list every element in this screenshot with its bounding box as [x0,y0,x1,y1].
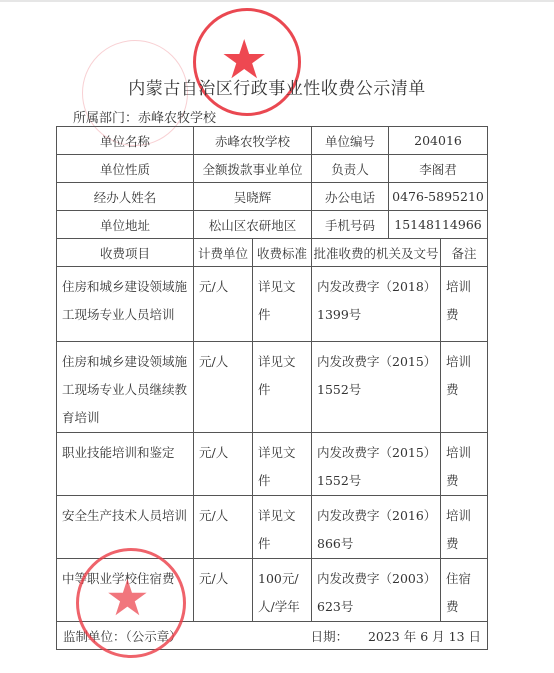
mobile-value: 15148114966 [389,211,488,239]
info-row-handler: 经办人姓名 吴晓辉 办公电话 0476-5895210 [57,183,488,211]
fee-unit: 元/人 [194,267,253,342]
fee-unit: 元/人 [194,559,253,622]
fee-header-row: 收费项目 计费单位 收费标准 批准收费的机关及文号 备注 [57,239,488,267]
fee-standard: 详见文件 [253,342,312,433]
fee-item: 住房和城乡建设领域施工现场专业人员继续教育培训 [57,342,194,433]
fee-remark: 培训费 [441,267,488,342]
fee-approval: 内发改费字（2003）623号 [312,559,441,622]
fee-remark: 培训费 [441,496,488,559]
date-label: 日期： [311,629,349,644]
table-row: 住房和城乡建设领域施工现场专业人员继续教育培训 元/人 详见文件 内发改费字（2… [57,342,488,433]
fee-unit: 元/人 [194,433,253,496]
fee-remark: 住宿费 [441,559,488,622]
fee-approval: 内发改费字（2015）1552号 [312,342,441,433]
fee-table: 单位名称 赤峰农牧学校 单位编号 204016 单位性质 全额拨款事业单位 负责… [56,126,488,650]
unit-code-label: 单位编号 [312,127,389,155]
office-phone-value: 0476-5895210 [389,183,488,211]
handler-value: 吴晓辉 [194,183,312,211]
header-item: 收费项目 [57,239,194,267]
info-row-type: 单位性质 全额拨款事业单位 负责人 李阁君 [57,155,488,183]
office-phone-label: 办公电话 [312,183,389,211]
fee-approval: 内发改费字（2015）1552号 [312,433,441,496]
header-standard: 收费标准 [253,239,312,267]
fee-standard: 详见文件 [253,496,312,559]
fee-unit: 元/人 [194,342,253,433]
fee-remark: 培训费 [441,342,488,433]
unit-name-label: 单位名称 [57,127,194,155]
info-row-address: 单位地址 松山区农研地区 手机号码 15148114966 [57,211,488,239]
address-value: 松山区农研地区 [194,211,312,239]
fee-approval: 内发改费字（2018）1399号 [312,267,441,342]
document-title: 内蒙古自治区行政事业性收费公示清单 [0,74,554,99]
handler-label: 经办人姓名 [57,183,194,211]
date-value: 2023 年 6 月 13 日 [368,629,481,644]
fee-item: 住房和城乡建设领域施工现场专业人员培训 [57,267,194,342]
top-edge [0,0,554,2]
department-label: 所属部门：赤峰农牧学校 [73,107,216,126]
unit-type-value: 全额拨款事业单位 [194,155,312,183]
fee-unit: 元/人 [194,496,253,559]
header-approval: 批准收费的机关及文号 [312,239,441,267]
info-row-name: 单位名称 赤峰农牧学校 单位编号 204016 [57,127,488,155]
fee-item: 职业技能培训和鉴定 [57,433,194,496]
fee-standard: 100元/人/学年 [253,559,312,622]
table-row: 住房和城乡建设领域施工现场专业人员培训 元/人 详见文件 内发改费字（2018）… [57,267,488,342]
footer-row: 监制单位：（公示章） 日期： 2023 年 6 月 13 日 [57,622,488,650]
unit-name-value: 赤峰农牧学校 [194,127,312,155]
fee-standard: 详见文件 [253,433,312,496]
table-row: 中等职业学校住宿费 元/人 100元/人/学年 内发改费字（2003）623号 … [57,559,488,622]
fee-approval: 内发改费字（2016）866号 [312,496,441,559]
fee-item: 中等职业学校住宿费 [57,559,194,622]
table-row: 安全生产技术人员培训 元/人 详见文件 内发改费字（2016）866号 培训费 [57,496,488,559]
leader-value: 李阁君 [389,155,488,183]
header-unit: 计费单位 [194,239,253,267]
fee-item: 安全生产技术人员培训 [57,496,194,559]
school-seal: ★ [193,8,301,116]
header-remark: 备注 [441,239,488,267]
unit-type-label: 单位性质 [57,155,194,183]
fee-standard: 详见文件 [253,267,312,342]
supervisor-label: 监制单位：（公示章） [63,627,182,645]
unit-code-value: 204016 [389,127,488,155]
address-label: 单位地址 [57,211,194,239]
fee-remark: 培训费 [441,433,488,496]
leader-label: 负责人 [312,155,389,183]
table-row: 职业技能培训和鉴定 元/人 详见文件 内发改费字（2015）1552号 培训费 [57,433,488,496]
mobile-label: 手机号码 [312,211,389,239]
